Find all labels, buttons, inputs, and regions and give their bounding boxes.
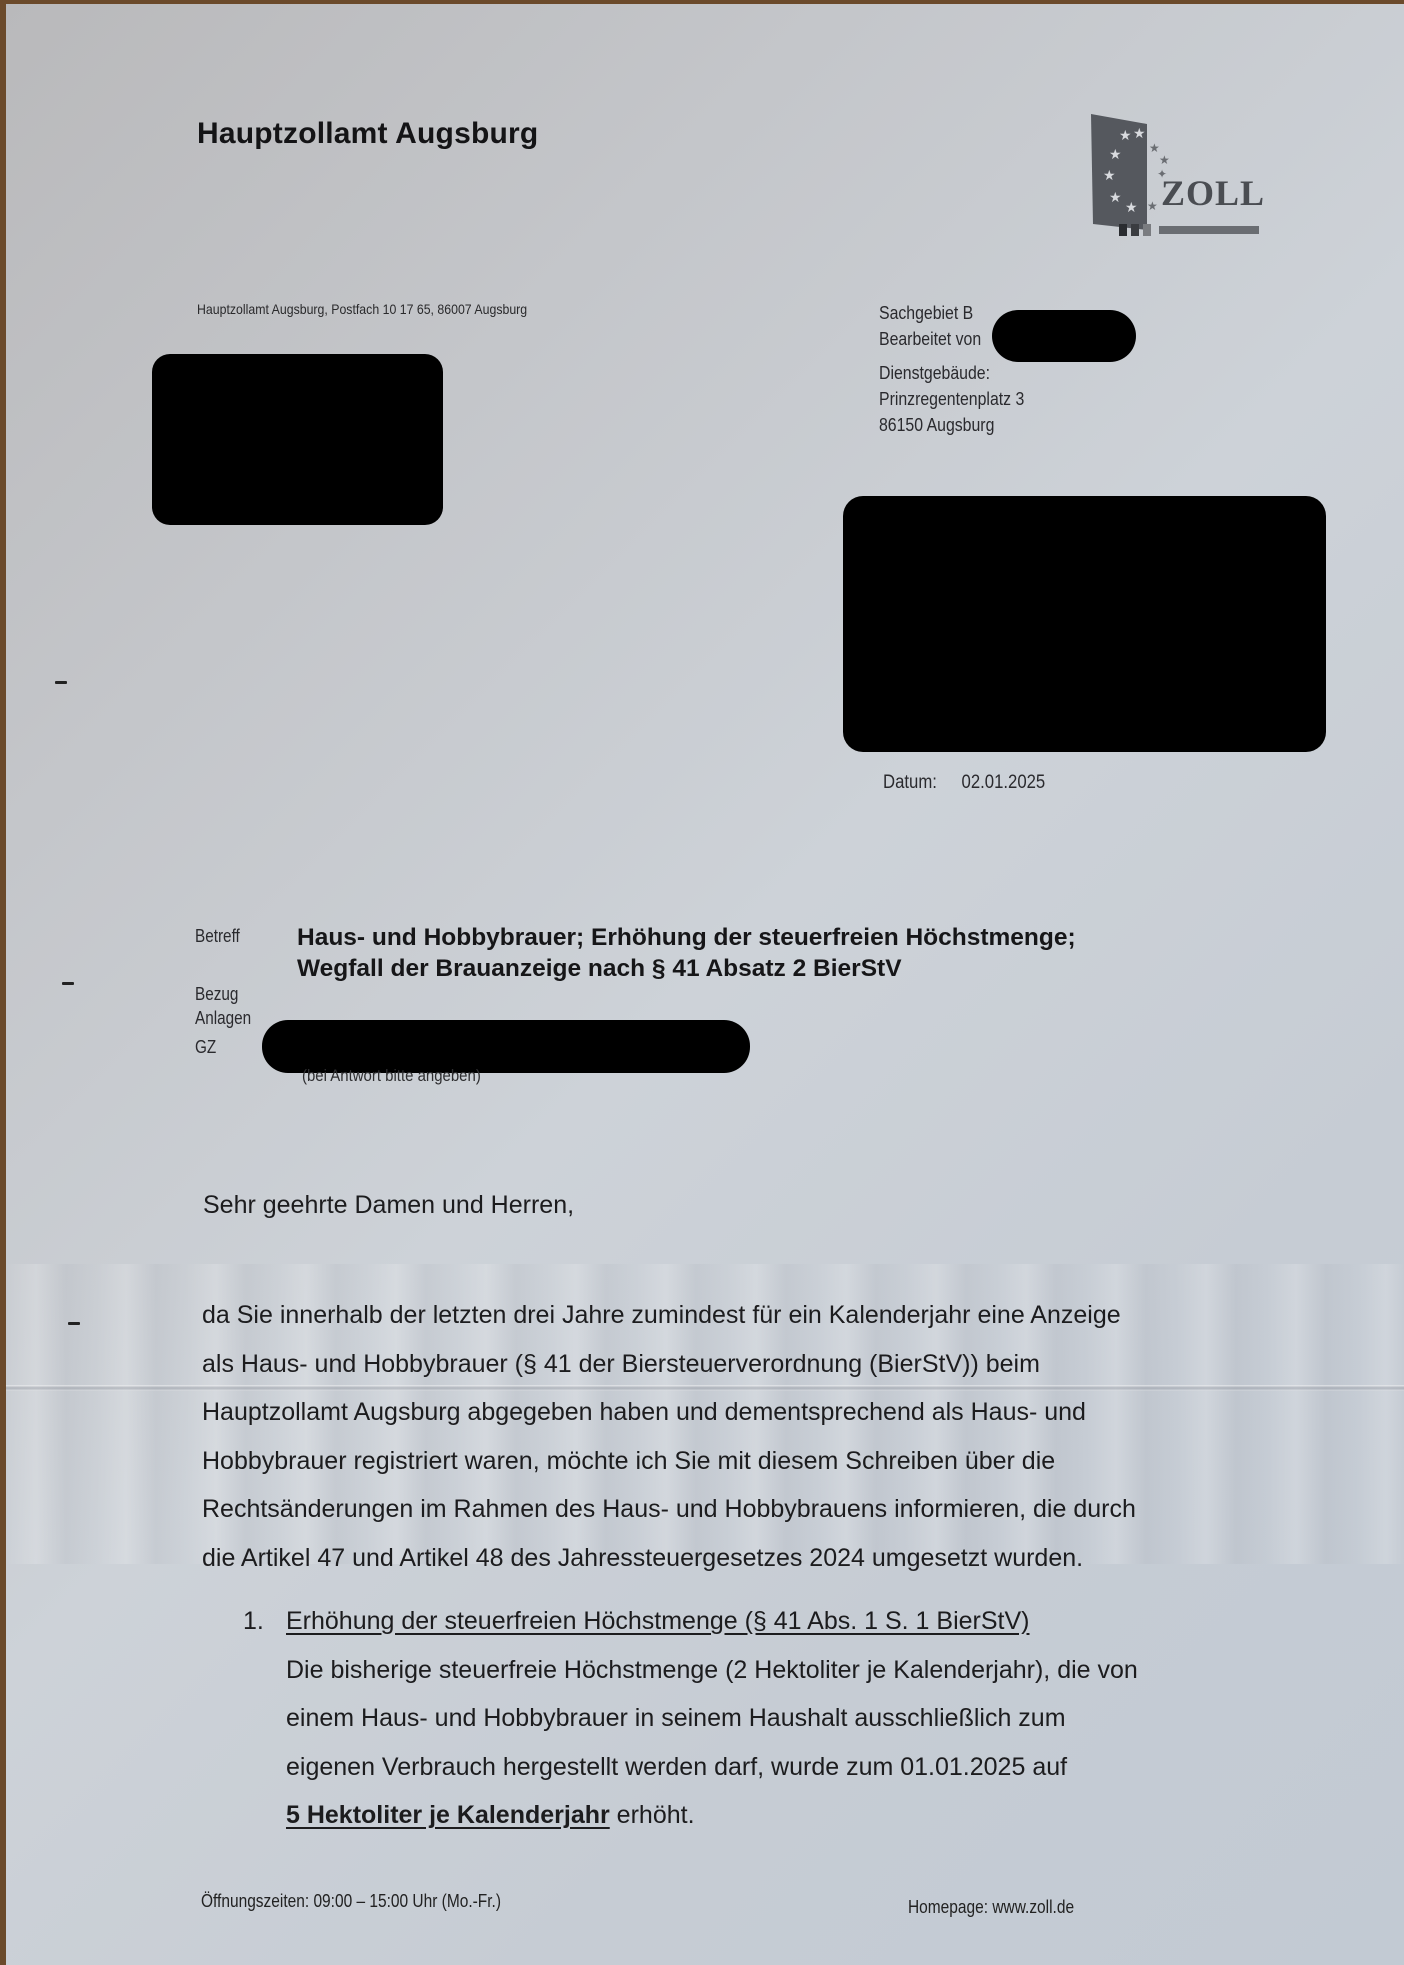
emphasized-amount: 5 Hektoliter je Kalenderjahr bbox=[286, 1801, 610, 1829]
building-label: Dienstgebäude: bbox=[879, 360, 1024, 386]
homepage: Homepage: www.zoll.de bbox=[908, 1897, 1074, 1918]
fold-mark bbox=[55, 681, 67, 684]
building-street: Prinzregentenplatz 3 bbox=[879, 386, 1024, 412]
list-item-line: Die bisherige steuerfreie Höchstmenge (2… bbox=[286, 1646, 1138, 1695]
svg-text:★: ★ bbox=[1109, 190, 1122, 206]
building-city: 86150 Augsburg bbox=[879, 412, 1024, 438]
subject-line: Wegfall der Brauanzeige nach § 41 Absatz… bbox=[297, 953, 1076, 984]
paragraph-line: als Haus- und Hobbybrauer (§ 41 der Bier… bbox=[202, 1340, 1282, 1389]
list-item-number: 1. bbox=[243, 1597, 264, 1646]
attachments-label: Anlagen bbox=[195, 1008, 251, 1029]
svg-text:★: ★ bbox=[1109, 147, 1122, 163]
paragraph-line: da Sie innerhalb der letzten drei Jahre … bbox=[202, 1291, 1282, 1340]
list-item-line: 5 Hektoliter je Kalenderjahr erhöht. bbox=[286, 1791, 1138, 1840]
opening-hours: Öffnungszeiten: 09:00 – 15:00 Uhr (Mo.-F… bbox=[201, 1891, 501, 1912]
paragraph-line: die Artikel 47 und Artikel 48 des Jahres… bbox=[202, 1534, 1282, 1583]
paragraph-line: Rechtsänderungen im Rahmen des Haus- und… bbox=[202, 1485, 1282, 1534]
date-row: Datum:02.01.2025 bbox=[883, 772, 1045, 794]
zoll-logo: ★ ★ ★ ★ ★ ★ ★ ★ ✦ ★ ZOLL bbox=[1089, 112, 1269, 242]
organization-title: Hauptzollamt Augsburg bbox=[197, 117, 538, 151]
greeting: Sehr geehrte Damen und Herren, bbox=[203, 1191, 574, 1220]
list-item-line: eigenen Verbrauch hergestellt werden dar… bbox=[286, 1743, 1138, 1792]
fold-mark bbox=[62, 982, 74, 985]
zoll-logo-text: ZOLL bbox=[1161, 172, 1265, 214]
svg-text:★: ★ bbox=[1125, 200, 1138, 216]
subject: Haus- und Hobbybrauer; Erhöhung der steu… bbox=[297, 922, 1076, 984]
svg-text:★: ★ bbox=[1119, 128, 1132, 144]
list-item-heading: Erhöhung der steuerfreien Höchstmenge (§… bbox=[286, 1597, 1138, 1646]
svg-text:★: ★ bbox=[1103, 168, 1116, 184]
svg-text:★: ★ bbox=[1133, 126, 1146, 142]
date-label: Datum: bbox=[883, 772, 937, 793]
file-number-hint: (bei Antwort bitte angeben) bbox=[302, 1066, 481, 1086]
return-address: Hauptzollamt Augsburg, Postfach 10 17 65… bbox=[197, 301, 527, 317]
svg-text:★: ★ bbox=[1147, 199, 1158, 213]
fold-mark bbox=[68, 1322, 80, 1325]
file-number-label: GZ bbox=[195, 1037, 216, 1058]
reference-label: Bezug bbox=[195, 984, 238, 1005]
date-value: 02.01.2025 bbox=[962, 772, 1046, 793]
redacted-recipient-address bbox=[152, 354, 443, 525]
redacted-handler-name bbox=[992, 310, 1136, 362]
subject-line: Haus- und Hobbybrauer; Erhöhung der steu… bbox=[297, 922, 1076, 953]
subject-label: Betreff bbox=[195, 926, 240, 947]
letter-page: Hauptzollamt Augsburg ★ ★ ★ ★ ★ ★ ★ ★ ✦ … bbox=[6, 4, 1404, 1965]
list-item-tail: erhöht. bbox=[610, 1801, 695, 1829]
list-item: Erhöhung der steuerfreien Höchstmenge (§… bbox=[286, 1597, 1138, 1840]
paragraph-line: Hauptzollamt Augsburg abgegeben haben un… bbox=[202, 1388, 1282, 1437]
intro-paragraph: da Sie innerhalb der letzten drei Jahre … bbox=[202, 1291, 1282, 1583]
list-item-line: einem Haus- und Hobbybrauer in seinem Ha… bbox=[286, 1694, 1138, 1743]
redacted-reference-block bbox=[843, 496, 1326, 752]
paragraph-line: Hobbybrauer registriert waren, möchte ic… bbox=[202, 1437, 1282, 1486]
svg-text:★: ★ bbox=[1159, 153, 1170, 167]
